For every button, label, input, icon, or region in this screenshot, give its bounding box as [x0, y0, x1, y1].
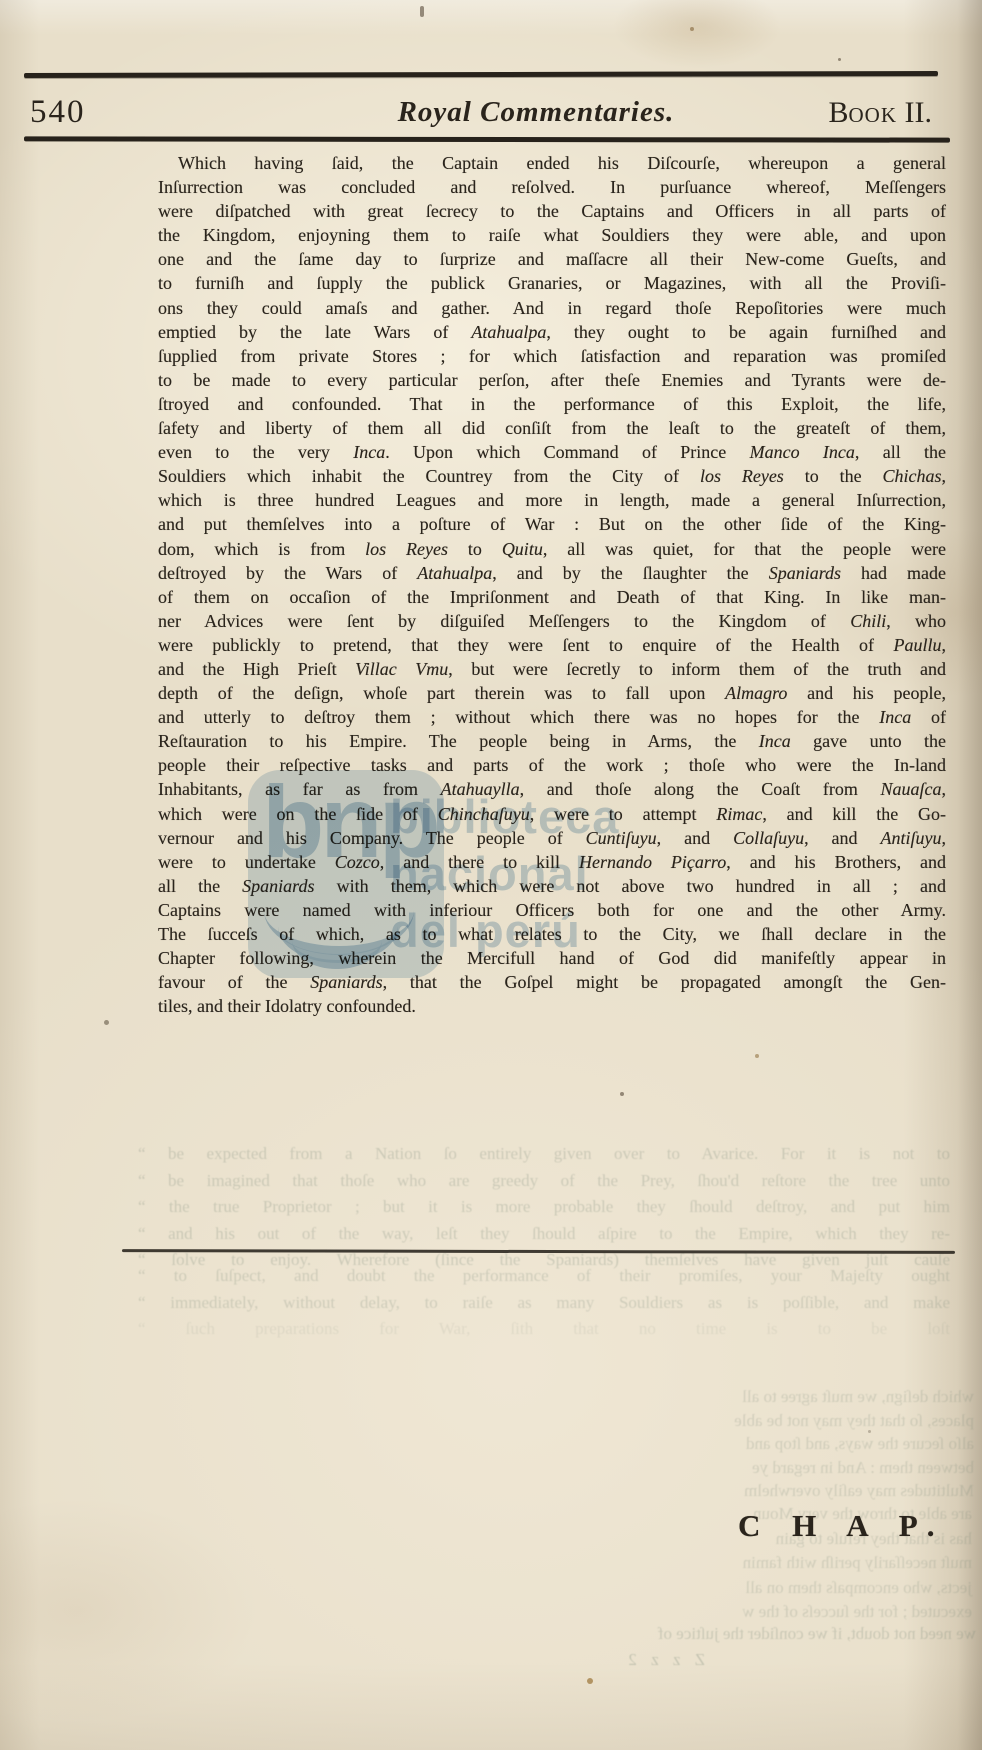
text-line: Souldiers which inhabit the Countrey fro…	[158, 464, 946, 488]
ghost-line: which deſign, we muſt agree to all	[566, 1385, 974, 1409]
text-line: ſupplied from private Stores ; for which…	[158, 344, 946, 368]
ghost-line: places, ſo that they may not be able	[566, 1409, 974, 1433]
ghost-line: “ to ſuſpect, and doubt the performance …	[138, 1262, 950, 1289]
text-line: and utterly to deſtroy them ; without wh…	[158, 705, 946, 729]
paper-speck	[868, 1430, 871, 1433]
paper-speck	[755, 1054, 759, 1058]
text-line: Reſtauration to his Empire. The people b…	[158, 729, 946, 753]
text-line: and put themſelves into a poſture of War…	[158, 512, 946, 536]
text-line: deſtroyed by the Wars of Atahualpa, and …	[158, 561, 946, 585]
text-line: people their reſpective tasks and parts …	[158, 753, 946, 777]
chapter-heading: C H A P.	[738, 1508, 947, 1544]
text-line: Captains were named with inferiour Offic…	[158, 898, 946, 922]
ghost-text-above-rule: “ be expected from a Nation ſo entirely …	[138, 1141, 950, 1274]
text-line: which were on the ſide of Chinchaſuyu, w…	[158, 802, 946, 826]
paper-speck	[587, 1678, 593, 1684]
ghost-line: “ and his out of the way, leſt they ſhou…	[138, 1221, 950, 1248]
book-page-scan: 540 Royal Commentaries. BOOK II. Which h…	[0, 0, 982, 1750]
text-line: and the High Prieſt Villac Vmu, but were…	[158, 657, 946, 681]
text-line: were diſpatched with great ſecrecy to th…	[158, 199, 946, 223]
text-line: Chapter following, wherein the Mercifull…	[158, 946, 946, 970]
main-paragraph: Which having ſaid, the Captain ended his…	[158, 151, 946, 1018]
ghost-line: “ ſuch preparations for War, ſith that n…	[138, 1315, 950, 1342]
text-line: ſtroyed and confounded. That in the perf…	[158, 392, 946, 416]
header-top-rule	[24, 71, 938, 78]
text-line: depth of the deſign, whoſe part therein …	[158, 681, 946, 705]
text-line: Inſurrection was concluded and reſolved.…	[158, 175, 946, 199]
ghost-text-below-rule: “ to ſuſpect, and doubt the performance …	[138, 1262, 950, 1342]
book-label: BOOK II.	[829, 96, 933, 130]
text-line: tiles, and their Idolatry confounded.	[158, 994, 946, 1018]
ghost-line: “ the true Proprietor ; but it is more p…	[138, 1194, 950, 1221]
text-line: the Kingdom, enjoyning them to raiſe wha…	[158, 223, 946, 247]
ghost-text-bottom: we need not doubt, if we conſider the ju…	[398, 1624, 976, 1644]
text-line: dom, which is from los Reyes to Quitu, a…	[158, 537, 946, 561]
text-line: to be made to every particular perſon, a…	[158, 368, 946, 392]
text-line: Which having ſaid, the Captain ended his…	[158, 151, 946, 175]
paper-speck	[346, 160, 349, 163]
text-line: were publickly to pretend, that they wer…	[158, 633, 946, 657]
ghost-line: jects, who encompaſs them on all	[558, 1576, 972, 1601]
book-label-smallcaps: OOK	[849, 103, 898, 127]
ghost-line: “ be expected from a Nation ſo entirely …	[138, 1141, 950, 1168]
text-line: to furniſh and ſupply the publick Granar…	[158, 271, 946, 295]
paper-speck	[420, 6, 424, 17]
text-line: ner Advices were ſent by diſguiſed Meſſe…	[158, 609, 946, 633]
text-line: one and the ſame day to ſurprize and maſ…	[158, 247, 946, 271]
ghost-line: between them : And in regard ye	[566, 1456, 974, 1480]
ghost-signature-mark: Z z z 2	[575, 1650, 705, 1670]
ghost-line: “ be imagined that thoſe who are greedy …	[138, 1168, 950, 1195]
ghost-line: Multitudes may eaſily overwhelm	[566, 1479, 974, 1503]
paper-speck	[838, 58, 841, 61]
ghost-line: muſt neceſſarily periſh with famin	[558, 1551, 972, 1576]
text-line: emptied by the late Wars of Atahualpa, t…	[158, 320, 946, 344]
text-line: vernour and his Company. The people of C…	[158, 826, 946, 850]
text-line: were to undertake Cozco, and there to ki…	[158, 850, 946, 874]
text-line: The ſucceſs of which, as to what relates…	[158, 922, 946, 946]
text-line: ons they could amaſs and gather. And in …	[158, 296, 946, 320]
text-line: which is three hundred Leagues and more …	[158, 488, 946, 512]
paper-speck	[620, 1092, 624, 1096]
book-label-numeral: II.	[897, 96, 932, 129]
text-line: Inhabitants, as far as from Atahuaylla, …	[158, 777, 946, 801]
page-number: 540	[30, 94, 86, 131]
header-bottom-rule	[24, 136, 950, 142]
ghost-line: “ immediately, without delay, to raiſe a…	[138, 1289, 950, 1316]
text-line: favour of the Spaniards, that the Goſpel…	[158, 970, 946, 994]
ghost-line: alſo ſecure the ways, and ſtop and	[566, 1432, 974, 1456]
text-line: even to the very Inca. Upon which Comman…	[158, 440, 946, 464]
text-line: ſafety and liberty of them all did conſi…	[158, 416, 946, 440]
paper-speck	[104, 1020, 109, 1025]
book-label-initial: B	[829, 96, 849, 129]
text-line: all the Spaniards with them, which were …	[158, 874, 946, 898]
ghost-line: executed ; for the ſucceſs of the w	[558, 1600, 972, 1625]
paper-speck	[690, 27, 694, 31]
text-line: of them on occaſion of the Impriſonment …	[158, 585, 946, 609]
ghost-text-mirrored-upper: which deſign, we muſt agree to allplaces…	[566, 1385, 974, 1503]
